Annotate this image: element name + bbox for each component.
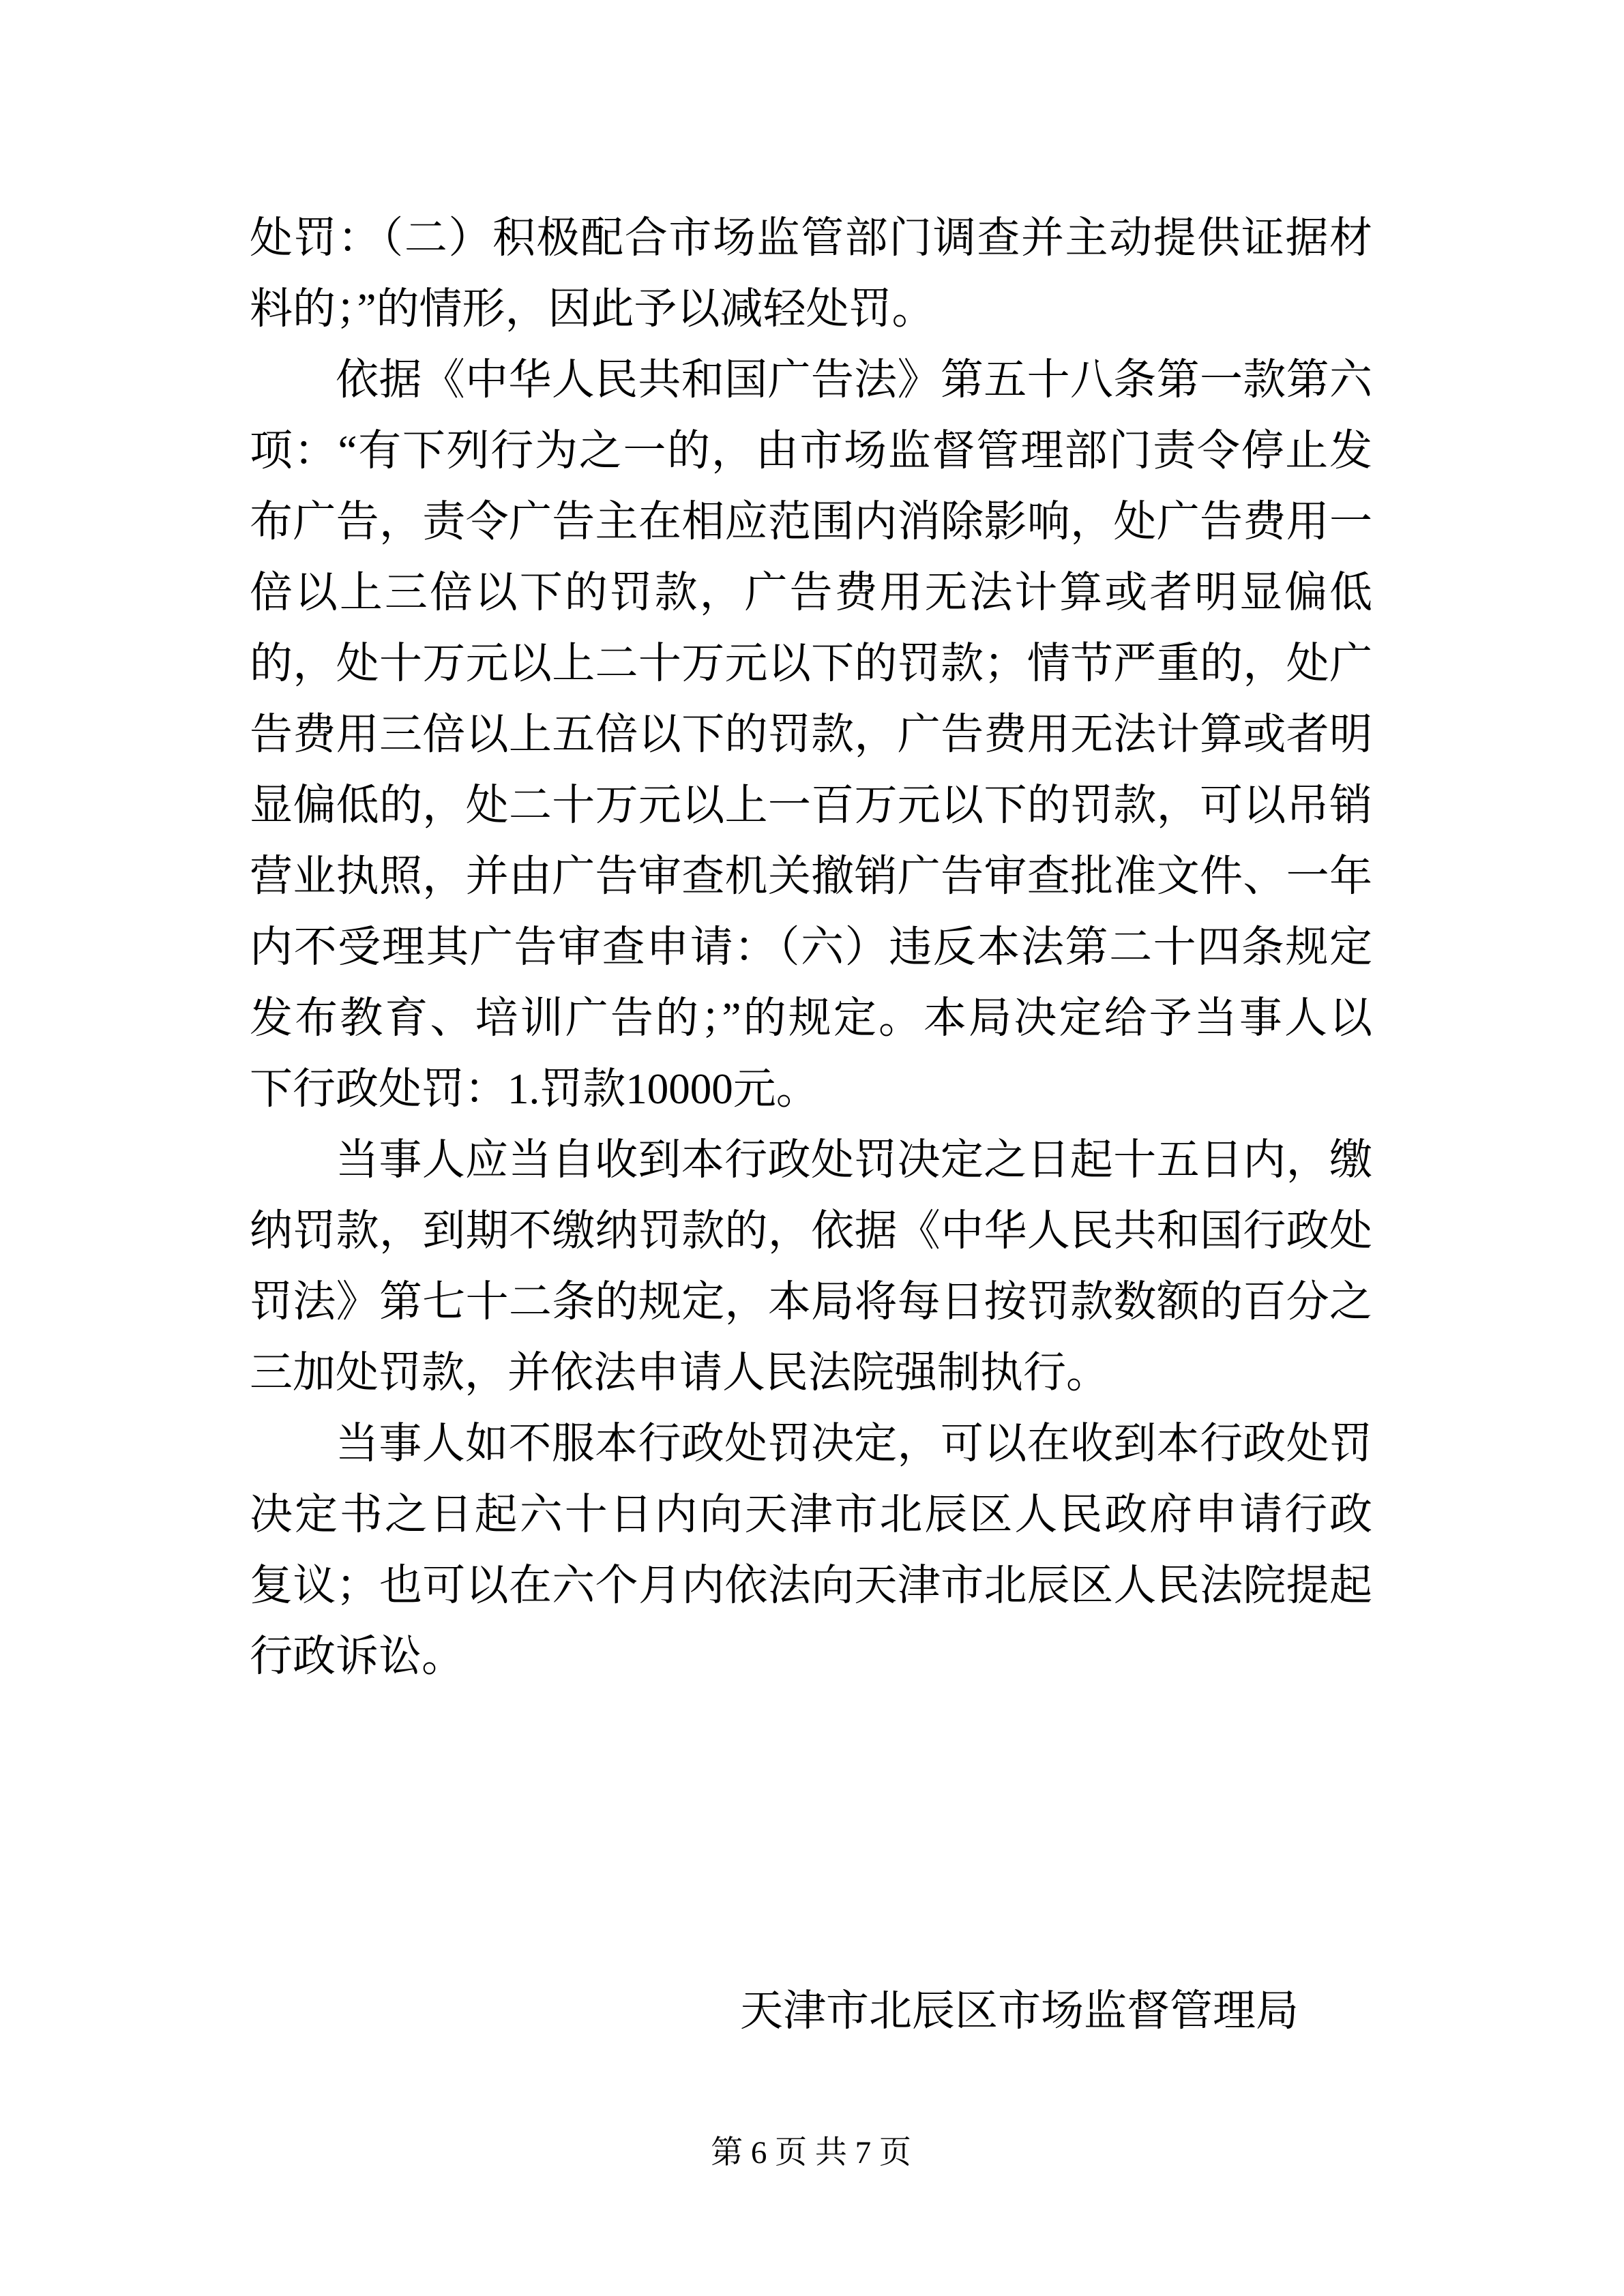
body-line: 依据《中华人民共和国广告法》第五十八条第一款第六 (250, 344, 1372, 415)
document-body: 处罚：（二）积极配合市场监管部门调查并主动提供证据材 料的；”的情形，因此予以减… (250, 203, 1372, 2188)
body-line: 发布教育、培训广告的；”的规定。本局决定给予当事人以 (250, 983, 1372, 1054)
body-line: 复议；也可以在六个月内依法向天津市北辰区人民法院提起 (250, 1550, 1372, 1621)
body-line: 倍以上三倍以下的罚款，广告费用无法计算或者明显偏低 (250, 557, 1372, 628)
spacer (250, 1692, 1372, 1976)
body-line: 三加处罚款，并依法申请人民法院强制执行。 (250, 1337, 1372, 1408)
body-line: 当事人应当自收到本行政处罚决定之日起十五日内，缴 (250, 1124, 1372, 1195)
body-line: 内不受理其广告审查申请：（六）违反本法第二十四条规定 (250, 912, 1372, 983)
body-line: 告费用三倍以上五倍以下的罚款，广告费用无法计算或者明 (250, 699, 1372, 770)
body-line: 营业执照，并由广告审查机关撤销广告审查批准文件、一年 (250, 841, 1372, 912)
body-line: 行政诉讼。 (250, 1621, 1372, 1692)
body-line: 罚法》第七十二条的规定，本局将每日按罚款数额的百分之 (250, 1266, 1372, 1337)
page-number-footer: 第 6 页 共 7 页 (250, 2117, 1372, 2188)
body-line: 项：“有下列行为之一的，由市场监督管理部门责令停止发 (250, 415, 1372, 486)
page-number-text: 第 6 页 共 7 页 (711, 2135, 911, 2171)
body-line: 的，处十万元以上二十万元以下的罚款；情节严重的，处广 (250, 628, 1372, 699)
body-line: 下行政处罚：1.罚款10000元。 (250, 1054, 1372, 1124)
body-line: 布广告，责令广告主在相应范围内消除影响，处广告费用一 (250, 486, 1372, 557)
body-line: 纳罚款，到期不缴纳罚款的，依据《中华人民共和国行政处 (250, 1195, 1372, 1266)
issuing-authority-signature: 天津市北辰区市场监督管理局 (740, 1987, 1299, 2035)
body-line: 显偏低的，处二十万元以上一百万元以下的罚款，可以吊销 (250, 770, 1372, 841)
body-line: 当事人如不服本行政处罚决定，可以在收到本行政处罚 (250, 1408, 1372, 1479)
signature-row: 天津市北辰区市场监督管理局 (250, 1976, 1372, 2046)
spacer (250, 2046, 1372, 2117)
body-line: 处罚：（二）积极配合市场监管部门调查并主动提供证据材 (250, 203, 1372, 273)
body-line: 料的；”的情形，因此予以减轻处罚。 (250, 273, 1372, 344)
body-line: 决定书之日起六十日内向天津市北辰区人民政府申请行政 (250, 1479, 1372, 1550)
document-page: 处罚：（二）积极配合市场监管部门调查并主动提供证据材 料的；”的情形，因此予以减… (0, 0, 1624, 2296)
